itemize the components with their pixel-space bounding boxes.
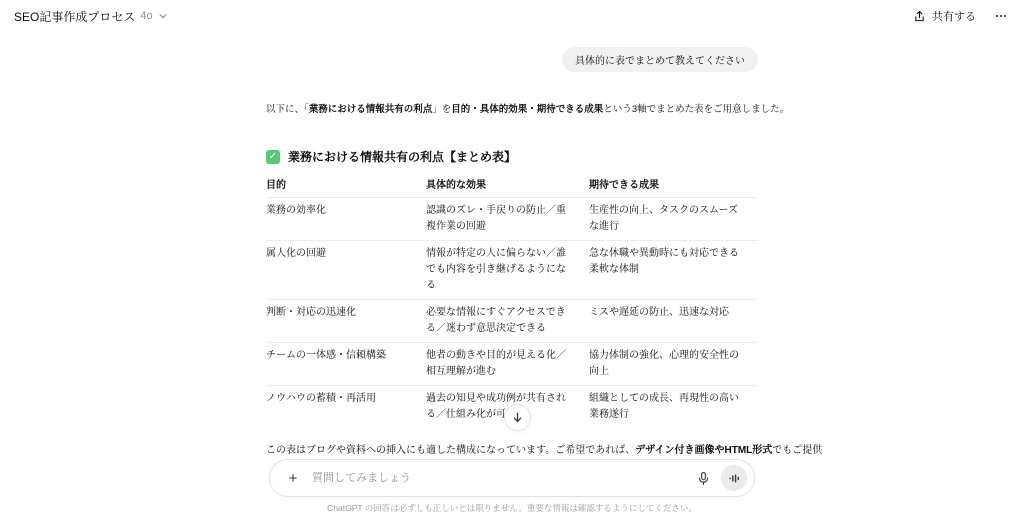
user-message-row: 具体的に表でまとめて教えてください bbox=[266, 47, 758, 72]
composer-area: + bbox=[0, 454, 1024, 514]
chat-title: SEO記事作成プロセス bbox=[14, 8, 135, 25]
table-cell: 必要な情報にすぐアクセスできる／迷わず意思決定できる bbox=[426, 300, 589, 343]
attach-button[interactable]: + bbox=[283, 468, 303, 488]
check-icon: ✓ bbox=[266, 150, 280, 164]
assistant-intro-paragraph: 以下に、「業務における情報共有の利点」を目的・具体的効果・期待できる成果という3… bbox=[266, 102, 758, 117]
chat-title-menu[interactable]: SEO記事作成プロセス 4o bbox=[14, 8, 168, 25]
section-heading: ✓ 業務における情報共有の利点【まとめ表】 bbox=[266, 148, 758, 165]
table-cell: 協力体制の強化、心理的安全性の向上 bbox=[589, 343, 758, 386]
table-cell: ミスや遅延の防止、迅速な対応 bbox=[589, 300, 758, 343]
chevron-down-icon bbox=[158, 11, 168, 21]
benefits-table: 目的 具体的な効果 期待できる成果 業務の効率化 認識のズレ・手戻りの防止／重複… bbox=[266, 173, 758, 428]
voice-wave-icon bbox=[728, 472, 741, 485]
table-cell: 判断・対応の迅速化 bbox=[266, 300, 426, 343]
table-cell: ノウハウの蓄積・再活用 bbox=[266, 386, 426, 429]
arrow-down-icon bbox=[511, 411, 524, 424]
table-row: 業務の効率化 認識のズレ・手戻りの防止／重複作業の回避 生産性の向上、タスクのス… bbox=[266, 198, 758, 241]
section-title: 業務における情報共有の利点【まとめ表】 bbox=[288, 148, 516, 165]
ellipsis-icon bbox=[994, 9, 1008, 23]
message-composer[interactable]: + bbox=[269, 459, 755, 497]
table-cell: 業務の効率化 bbox=[266, 198, 426, 241]
table-cell: 急な休職や異動時にも対応できる柔軟な体制 bbox=[589, 241, 758, 300]
table-cell: 他者の動きや目的が見える化／相互理解が進む bbox=[426, 343, 589, 386]
intro-part1: 以下に、「 bbox=[266, 104, 309, 115]
table-cell: 情報が特定の人に偏らない／誰でも内容を引き継げるようになる bbox=[426, 241, 589, 300]
table-cell: 組織としての成長、再現性の高い業務遂行 bbox=[589, 386, 758, 429]
table-cell: 認識のズレ・手戻りの防止／重複作業の回避 bbox=[426, 198, 589, 241]
chatgpt-window: SEO記事作成プロセス 4o 共有する bbox=[0, 0, 1024, 514]
plus-icon: + bbox=[289, 470, 298, 487]
dictate-button[interactable] bbox=[691, 466, 715, 490]
conversation-column: 具体的に表でまとめて教えてください 以下に、「業務における情報共有の利点」を目的… bbox=[266, 32, 758, 428]
table-row: チームの一体感・信頼構築 他者の動きや目的が見える化／相互理解が進む 協力体制の… bbox=[266, 343, 758, 386]
user-message-bubble: 具体的に表でまとめて教えてください bbox=[562, 47, 758, 72]
intro-bold1: 業務における情報共有の利点 bbox=[309, 104, 433, 115]
more-options-button[interactable] bbox=[992, 7, 1010, 25]
share-button[interactable]: 共有する bbox=[913, 8, 976, 24]
table-cell: 属人化の回避 bbox=[266, 241, 426, 300]
share-label: 共有する bbox=[932, 8, 976, 24]
intro-part2: 」を bbox=[432, 104, 451, 115]
voice-mode-button[interactable] bbox=[721, 465, 747, 491]
microphone-icon bbox=[696, 471, 711, 486]
top-actions: 共有する bbox=[913, 7, 1010, 25]
prompt-input[interactable] bbox=[312, 472, 691, 484]
disclaimer-text: ChatGPT の回答は必ずしも正しいとは限りません。重要な情報は確認するように… bbox=[327, 502, 697, 514]
table-cell: チームの一体感・信頼構築 bbox=[266, 343, 426, 386]
table-cell: 生産性の向上、タスクのスムーズな進行 bbox=[589, 198, 758, 241]
table-row: 判断・対応の迅速化 必要な情報にすぐアクセスできる／迷わず意思決定できる ミスや… bbox=[266, 300, 758, 343]
top-bar: SEO記事作成プロセス 4o 共有する bbox=[0, 0, 1024, 32]
table-header-row: 目的 具体的な効果 期待できる成果 bbox=[266, 173, 758, 198]
table-row: 属人化の回避 情報が特定の人に偏らない／誰でも内容を引き継げるようになる 急な休… bbox=[266, 241, 758, 300]
share-icon bbox=[913, 10, 926, 23]
column-header: 目的 bbox=[266, 173, 426, 198]
column-header: 期待できる成果 bbox=[589, 173, 758, 198]
intro-part3: という3軸でまとめた表をご用意しました。 bbox=[603, 104, 789, 115]
model-name: 4o bbox=[140, 10, 152, 22]
column-header: 具体的な効果 bbox=[426, 173, 589, 198]
intro-bold2: 目的・具体的効果・期待できる成果 bbox=[451, 104, 603, 115]
scroll-to-bottom-button[interactable] bbox=[504, 404, 531, 431]
